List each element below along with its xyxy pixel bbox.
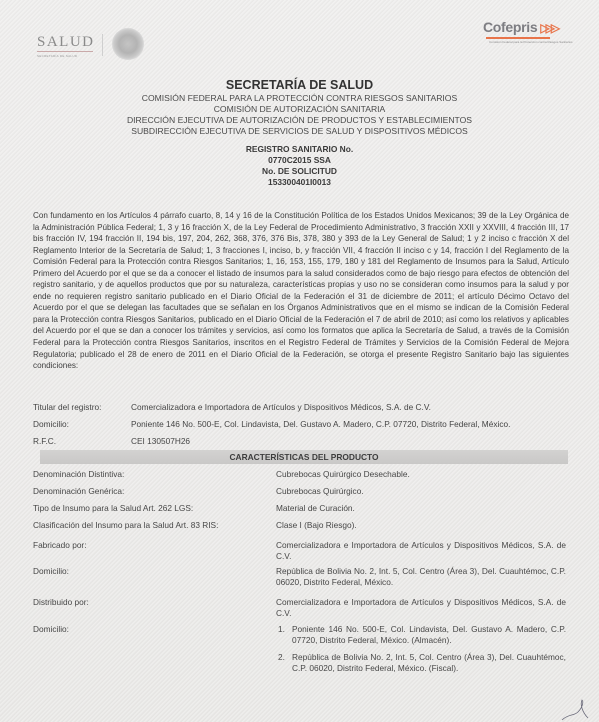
solicitud-label: No. DE SOLICITUD (0, 166, 599, 177)
salud-logo-sub: SECRETARÍA DE SALUD (37, 54, 97, 58)
field-label: Clasificación del Insumo para la Salud A… (33, 520, 218, 530)
distributor-address-list: 1. Poniente 146 No. 500-E, Col. Lindavis… (276, 624, 566, 680)
registro-label: REGISTRO SANITARIO No. (0, 144, 599, 155)
salud-logo: SALUD SECRETARÍA DE SALUD (37, 34, 97, 58)
subtitle-line: DIRECCIÓN EJECUTIVA DE AUTORIZACIÓN DE P… (0, 115, 599, 126)
salud-logo-rule (37, 51, 93, 52)
logo-divider (102, 34, 103, 56)
cofepris-logo-rule (486, 37, 550, 39)
signature-mark-icon (560, 698, 590, 722)
field-value: Poniente 146 No. 500-E, Col. Lindavista,… (131, 419, 510, 429)
cofepris-logo-word: Cofepris▷▷▷ (483, 20, 593, 36)
issuing-authority: COMISIÓN FEDERAL PARA LA PROTECCIÓN CONT… (0, 93, 599, 137)
field-label: Distribuido por: (33, 597, 89, 607)
document-title: SECRETARÍA DE SALUD (0, 78, 599, 92)
legal-basis-paragraph: Con fundamento en los Artículos 4 párraf… (33, 210, 569, 372)
field-value: Comercializadora e Importadora de Artícu… (131, 402, 431, 412)
address-text: Poniente 146 No. 500-E, Col. Lindavista,… (292, 624, 566, 645)
salud-logo-word: SALUD (37, 34, 97, 50)
field-value: Comercializadora e Importadora de Artícu… (276, 597, 566, 619)
field-label: Fabricado por: (33, 540, 87, 550)
solicitud-number: 153300401I0013 (0, 177, 599, 188)
list-item: 1. Poniente 146 No. 500-E, Col. Lindavis… (276, 624, 566, 646)
field-value: Comercializadora e Importadora de Artícu… (276, 540, 566, 562)
field-value: Clase I (Bajo Riesgo). (276, 520, 566, 531)
field-label: Domicilio: (33, 624, 69, 634)
field-value: CEI 130507H26 (131, 436, 190, 446)
chevrons-icon: ▷▷▷ (540, 21, 556, 35)
section-heading: CARACTERÍSTICAS DEL PRODUCTO (40, 450, 568, 464)
list-number: 2. (278, 652, 285, 663)
list-number: 1. (278, 624, 285, 635)
field-label: Domicilio: (33, 419, 69, 429)
field-label: Domicilio: (33, 566, 69, 576)
field-label: R.F.C. (33, 436, 56, 446)
field-label: Denominación Distintiva: (33, 469, 124, 479)
cofepris-word-text: Cofepris (483, 19, 537, 35)
address-text: República de Bolivia No. 2, Int. 5, Col.… (292, 652, 566, 673)
cofepris-logo-sub: Comisión Federal para la Protección cont… (489, 40, 593, 44)
subtitle-line: COMISIÓN DE AUTORIZACIÓN SANITARIA (0, 104, 599, 115)
document-page: SALUD SECRETARÍA DE SALUD Cofepris▷▷▷ Co… (0, 0, 599, 722)
cofepris-logo: Cofepris▷▷▷ Comisión Federal para la Pro… (483, 20, 593, 44)
registration-block: REGISTRO SANITARIO No. 0770C2015 SSA No.… (0, 144, 599, 188)
field-value: Cubrebocas Quirúrgico Desechable. (276, 469, 566, 480)
field-value: República de Bolivia No. 2, Int. 5, Col.… (276, 566, 566, 588)
coat-of-arms-seal-icon (112, 28, 144, 60)
field-label: Titular del registro: (33, 402, 101, 412)
field-label: Tipo de Insumo para la Salud Art. 262 LG… (33, 503, 193, 513)
subtitle-line: COMISIÓN FEDERAL PARA LA PROTECCIÓN CONT… (0, 93, 599, 104)
registro-number: 0770C2015 SSA (0, 155, 599, 166)
field-value: Cubrebocas Quirúrgico. (276, 486, 566, 497)
field-value: Material de Curación. (276, 503, 566, 514)
subtitle-line: SUBDIRECCIÓN EJECUTIVA DE SERVICIOS DE S… (0, 126, 599, 137)
list-item: 2. República de Bolivia No. 2, Int. 5, C… (276, 652, 566, 674)
field-label: Denominación Genérica: (33, 486, 124, 496)
